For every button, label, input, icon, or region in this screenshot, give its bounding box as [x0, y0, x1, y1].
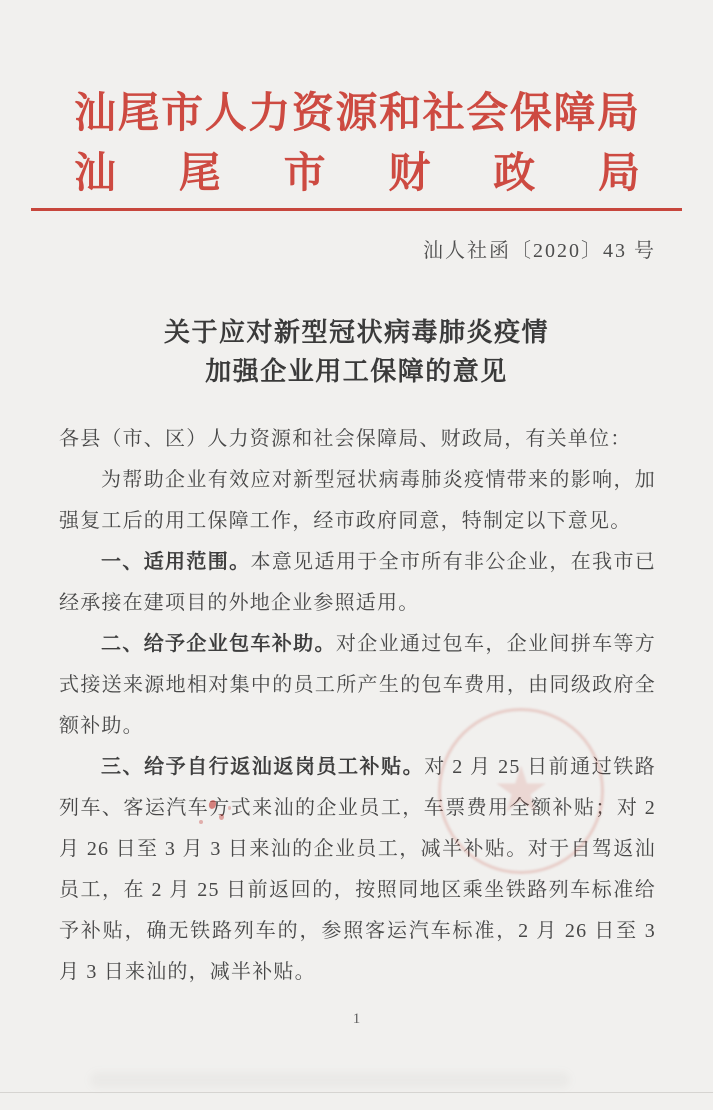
- paragraph-lead: 二、给予企业包车补助。: [101, 633, 336, 655]
- paragraph-section-2: 二、给予企业包车补助。对企业通过包车，企业间拼车等方式接送来源地相对集中的员工所…: [59, 624, 656, 747]
- doc-body: 各县（市、区）人力资源和社会保障局、财政局，有关单位： 为帮助企业有效应对新型冠…: [59, 419, 656, 993]
- paragraph-section-3: 三、给予自行返汕返岗员工补贴。对 2 月 25 日前通过铁路列车、客运汽车方式来…: [59, 747, 656, 993]
- paragraph-lead: 一、适用范围。: [101, 551, 250, 573]
- paragraph-text: 为帮助企业有效应对新型冠状病毒肺炎疫情带来的影响，加强复工后的用工保障工作，经市…: [59, 469, 656, 532]
- doc-title: 关于应对新型冠状病毒肺炎疫情 加强企业用工保障的意见: [0, 313, 713, 391]
- page-number: 1: [0, 1011, 713, 1028]
- doc-title-line2: 加强企业用工保障的意见: [0, 352, 713, 391]
- agency-name-primary: 汕尾市人力资源和社会保障局: [74, 86, 640, 142]
- doc-reference-number: 汕人社函〔2020〕43 号: [423, 234, 656, 263]
- letterhead: 汕尾市人力资源和社会保障局 汕尾市财政局: [74, 86, 640, 202]
- paragraph-lead: 三、给予自行返汕返岗员工补贴。: [101, 756, 424, 778]
- paragraph-section-1: 一、适用范围。本意见适用于全市所有非公企业，在我市已经承接在建项目的外地企业参照…: [59, 542, 656, 624]
- paragraph-intro: 为帮助企业有效应对新型冠状病毒肺炎疫情带来的影响，加强复工后的用工保障工作，经市…: [59, 460, 656, 542]
- paragraph-text: 对 2 月 25 日前通过铁路列车、客运汽车方式来汕的企业员工，车票费用全额补贴…: [59, 756, 656, 983]
- document-page: 汕尾市人力资源和社会保障局 汕尾市财政局 汕人社函〔2020〕43 号 关于应对…: [0, 0, 713, 1110]
- salutation: 各县（市、区）人力资源和社会保障局、财政局，有关单位：: [59, 419, 656, 460]
- agency-name-secondary: 汕尾市财政局: [74, 146, 640, 202]
- page-bottom-edge: [0, 1092, 713, 1093]
- scan-smudge: [90, 1072, 570, 1088]
- doc-title-line1: 关于应对新型冠状病毒肺炎疫情: [0, 313, 713, 352]
- letterhead-divider-line: [31, 208, 682, 211]
